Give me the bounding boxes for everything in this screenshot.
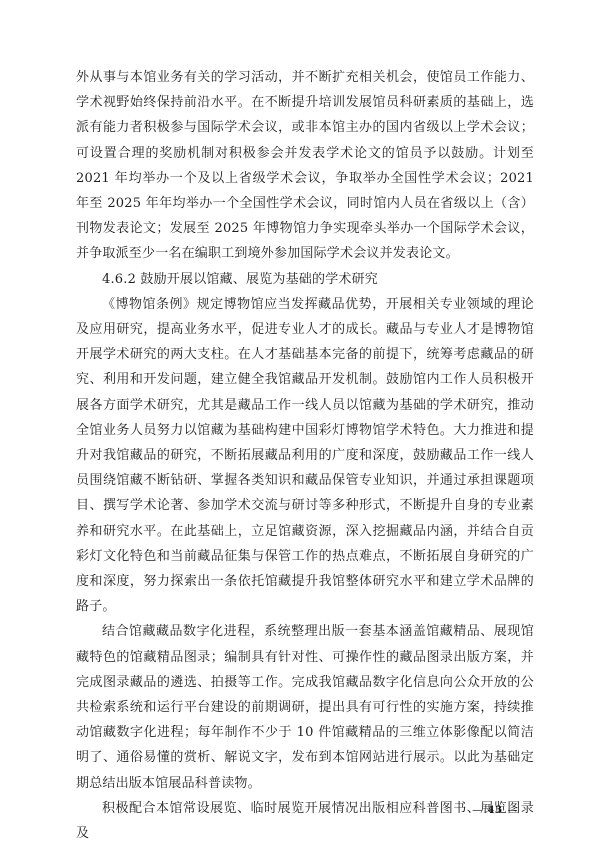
paragraph: 《博物馆条例》规定博物馆应当发挥藏品优势，开展相关专业领域的理论及应用研究，提高… [76,292,534,620]
paragraph: 积极配合本馆常设展览、临时展览开展情况出版相应科普图书、展览图录及 [76,796,534,846]
paragraph-continuation: 外从事与本馆业务有关的学习活动，并不断扩充相关机会，使馆员工作能力、学术视野始终… [76,65,534,267]
footer-dash-right: — [508,805,519,816]
section-heading: 4.6.2 鼓励开展以馆藏、展览为基础的学术研究 [76,267,534,292]
page-content: 外从事与本馆业务有关的学习活动，并不断扩充相关机会，使馆员工作能力、学术视野始终… [76,65,534,846]
page-number: 43 [488,805,503,816]
paragraph: 结合馆藏藏品数字化进程，系统整理出版一套基本涵盖馆藏精品、展现馆藏特色的馆藏精品… [76,619,534,795]
document-page: 外从事与本馆业务有关的学习活动，并不断扩充相关机会，使馆员工作能力、学术视野始终… [0,0,610,860]
footer-dash-left: — [472,805,483,816]
page-footer: —43— [472,805,518,816]
